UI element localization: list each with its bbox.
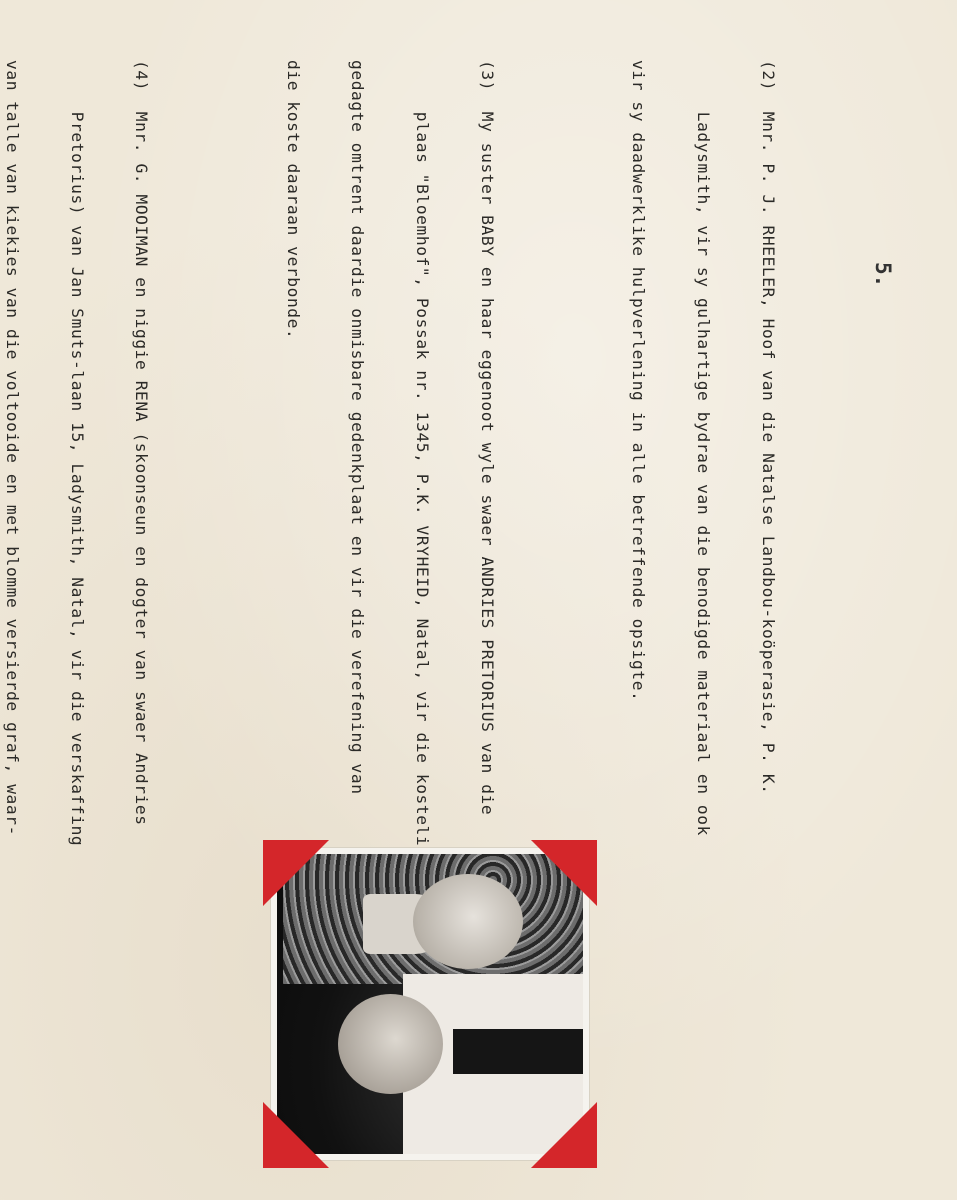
text-line: (2) Mnr. P. J. RHEELER, Hoof van die Nat… bbox=[757, 60, 779, 1200]
photo-man-face bbox=[338, 994, 443, 1094]
document-page: 5. (2) Mnr. P. J. RHEELER, Hoof van die … bbox=[0, 0, 957, 1200]
acknowledgement-item-4: (4) Mnr. G. MOOIMAN en niggie RENA (skoo… bbox=[0, 60, 196, 1200]
text-line: Pretorius) van Jan Smuts-laan 15, Ladysm… bbox=[66, 60, 88, 1200]
acknowledgement-item-2: (2) Mnr. P. J. RHEELER, Hoof van die Nat… bbox=[584, 60, 822, 1200]
text-line: vir sy daadwerklike hulpverlening in all… bbox=[627, 60, 649, 1200]
text-line: van talle van kiekies van die voltooide … bbox=[1, 60, 23, 1200]
photo-man-tie bbox=[453, 1029, 583, 1074]
text-line: Ladysmith, vir sy gulhartige bydrae van … bbox=[692, 60, 714, 1200]
couple-photograph bbox=[271, 848, 589, 1160]
photo-image bbox=[277, 854, 583, 1154]
photo-woman-face bbox=[413, 874, 523, 969]
text-line: (4) Mnr. G. MOOIMAN en niggie RENA (skoo… bbox=[131, 60, 153, 1200]
page-number: 5. bbox=[871, 262, 895, 287]
